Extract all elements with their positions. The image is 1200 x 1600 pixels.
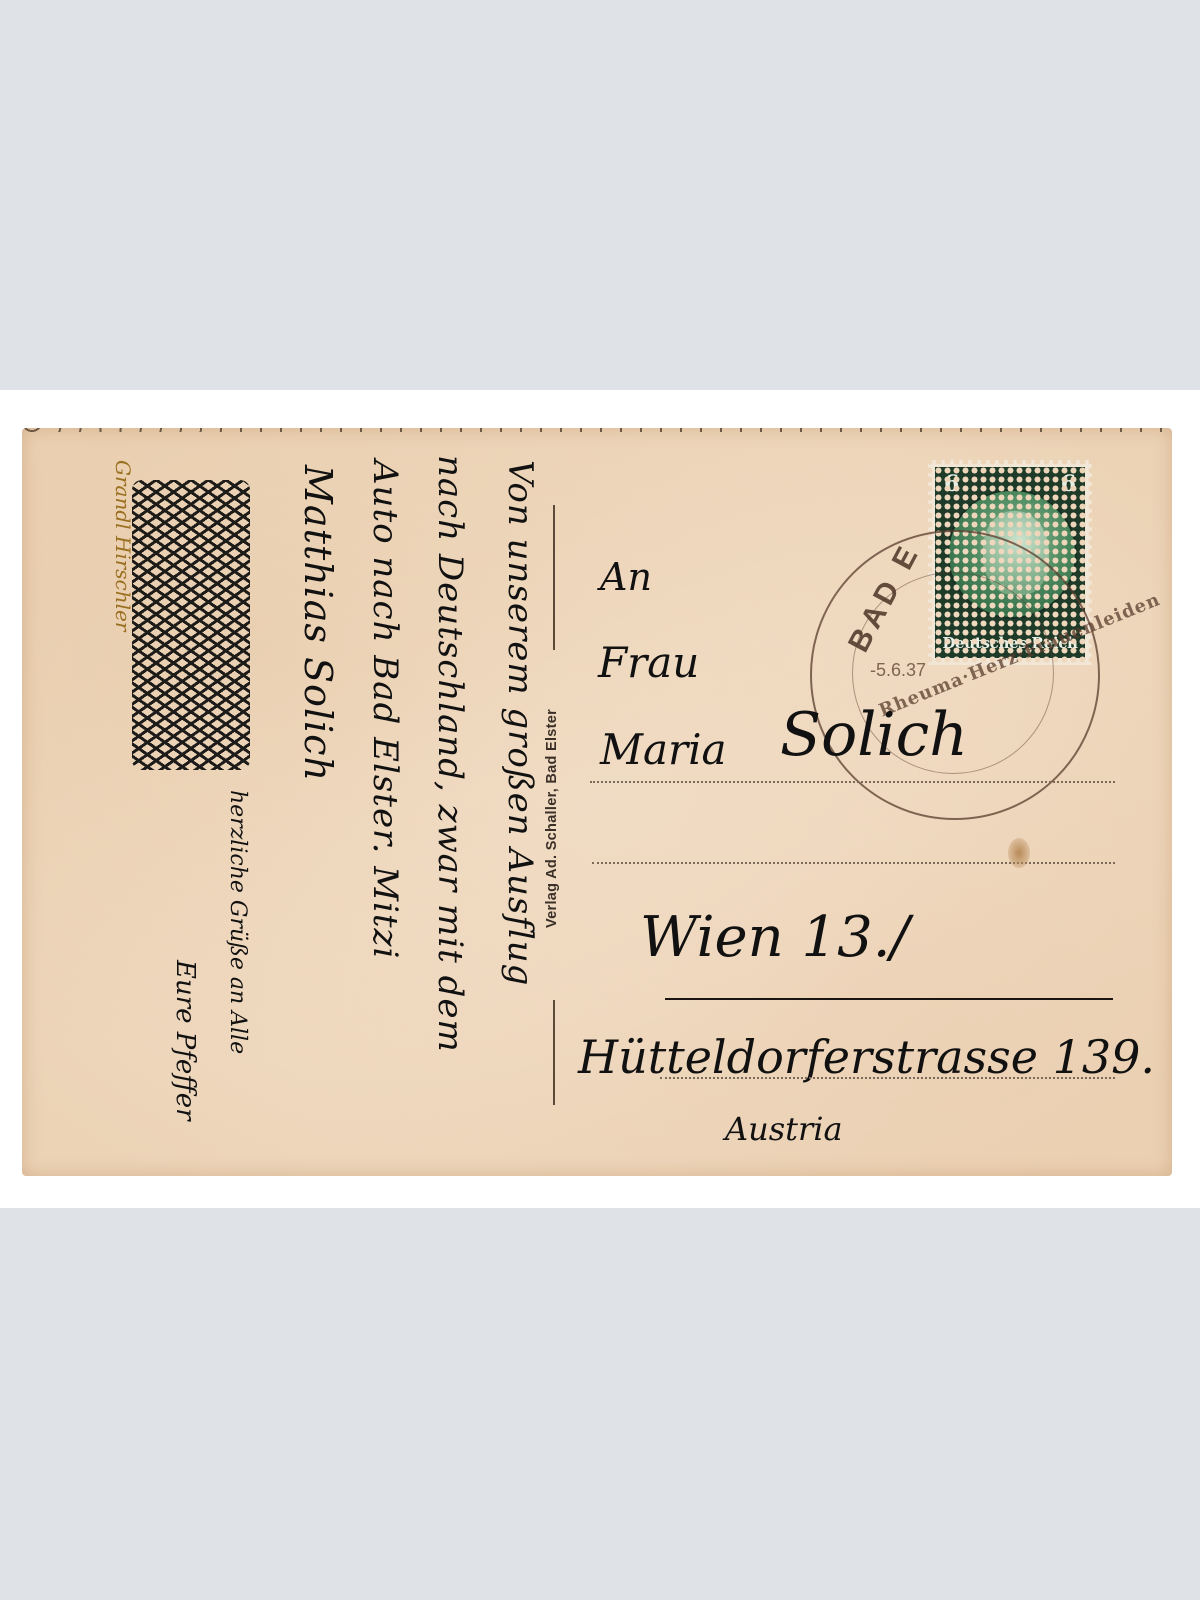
paper-stain — [1008, 838, 1030, 868]
center-divider-bottom — [553, 1000, 555, 1105]
address-salutation: An — [600, 555, 652, 599]
stamp-value-left: 6 — [944, 471, 959, 497]
message-line-2: nach Deutschland, zwar mit dem — [430, 455, 470, 1053]
publisher-imprint: Verlag Ad. Schaller, Bad Elster — [544, 709, 560, 928]
portrait-medallion — [947, 489, 1077, 619]
message-line-4: Matthias Solich — [296, 465, 340, 782]
city-underline — [665, 998, 1113, 1000]
message-signature: Eure Pfeffer — [170, 960, 200, 1121]
address-line-1 — [590, 781, 1115, 783]
address-first-name: Maria — [600, 725, 727, 774]
address-last-name: Solich — [780, 700, 968, 770]
stamp-country-label: Deutsches Reich — [935, 634, 1085, 652]
message-line-3: Auto nach Bad Elster. Mitzi — [365, 460, 405, 959]
center-divider-top — [553, 505, 555, 650]
address-city: Wien 13./ — [640, 905, 909, 970]
address-line-2 — [592, 862, 1115, 864]
crossed-out-text — [132, 480, 250, 770]
address-street: Hütteldorferstrasse 139. — [578, 1030, 1155, 1084]
postage-stamp: 6 6 Deutsches Reich — [928, 460, 1092, 665]
message-line-1: Von unserem großen Ausflug — [500, 460, 540, 986]
stamp-value-right: 6 — [1061, 471, 1076, 497]
profile-head-icon — [983, 511, 1049, 595]
stamp-face: 6 6 Deutsches Reich — [935, 467, 1085, 658]
message-side-note: herzliche Grüße an Alle — [225, 790, 250, 1054]
address-line-3 — [660, 1077, 1115, 1079]
address-country: Austria — [725, 1110, 843, 1148]
address-title: Frau — [598, 638, 699, 687]
